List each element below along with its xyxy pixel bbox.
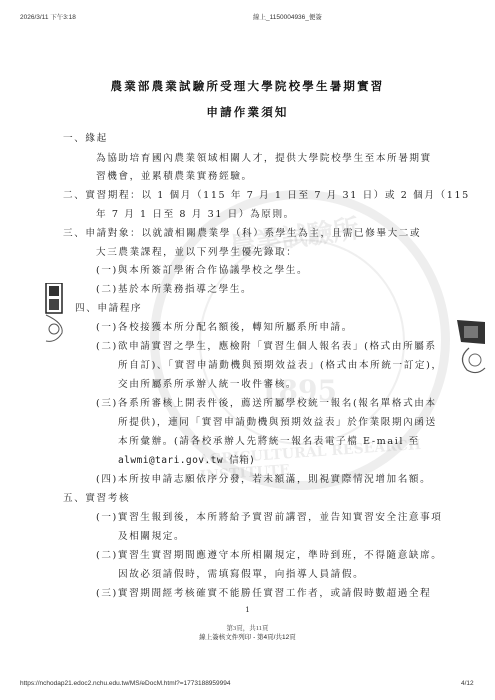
list-item: (四)本所按申請志願依序分發，若未額滿，則視實際情況增加名額。 [96,471,431,485]
print-page-indicator: 4/12 [461,680,474,687]
body-line: 習機會，並累積農業實務經驗。 [96,168,253,182]
print-datetime: 2026/3/11 下午3:18 [20,12,76,21]
section-2-heading: 二、實習期程：以 1 個月（115 年 7 月 1 日至 7 月 31 日）或 … [63,187,470,201]
body-line: 年 7 月 1 日至 8 月 31 日）為原則。 [96,206,295,220]
print-page-footer: 線上簽核文件列印 - 第4頁/共12頁 [0,632,495,641]
print-doc-title: 線上_1150004936_便簽 [253,12,322,21]
body-line: 為協助培育國內農業領域相關人才，提供大學院校學生至本所暑期實 [96,150,432,164]
body-line: 及相關規定。 [118,528,185,542]
section-5-heading: 五、實習考核 [63,490,130,504]
section-4-heading: 四、申請程序 [75,300,142,314]
print-url: https://nchodap21.edoc2.nchu.edu.tw/MS/e… [20,680,231,687]
list-item: (三)實習期間經考核確實不能勝任實習工作者，或請假時數超過全程 [96,585,431,599]
body-line: 所自訂)、「實習申請動機與預期效益表」(格式由本所統一訂定)， [118,357,443,371]
list-item: (一)與本所簽訂學術合作協議學校之學生。 [96,262,308,276]
list-item: (三)各系所審核上開表件後，薦送所屬學校統一報名(報名單格式由本 [96,395,437,409]
body-line: 本所彙辦。(請各校承辦人先將統一報名表電子檔 E-mail 至 [118,433,420,447]
document-subtitle: 申請作業須知 [0,104,495,120]
email-line: alwmi@tari.gov.tw 信箱) [118,452,255,466]
page-count-footer: 第3頁，共11頁 [0,623,495,632]
list-item: (一)各校接獲本所分配名額後，轉知所屬系所申請。 [96,319,353,333]
body-line: 大三農業課程，並以下列學生優先錄取： [96,244,298,258]
section-3-heading: 三、申請對象：以就讀相關農業學（科）系學生為主，且需已修畢大二或 [63,225,421,239]
body-line: 所提供)，連同「實習申請動機與預期效益表」於作業限期內函送 [118,414,437,428]
list-item: (一)實習生報到後，本所將給予實習前講習，並告知實習安全注意事項 [96,509,443,523]
list-item: (二)實習生實習期間應遵守本所相關規定，準時到班，不得隨意缺席。 [96,547,443,561]
right-margin-stamp [455,318,487,382]
list-item: (二)基於本所業務指導之學生。 [96,281,252,295]
list-item: (二)欲申請實習之學生，應檢附「實習生個人報名表」(格式由所屬系 [96,338,437,352]
section-1-heading: 一、緣起 [63,130,108,144]
left-margin-stamp [44,283,66,349]
body-line: 因故必須請假時，需填寫假單，向指導人員請假。 [118,566,364,580]
document-title: 農業部農業試驗所受理大學院校學生暑期實習 [0,78,495,94]
page-number: 1 [0,606,495,614]
body-line: 交由所屬系所承辦人統一收件審核。 [118,376,297,390]
